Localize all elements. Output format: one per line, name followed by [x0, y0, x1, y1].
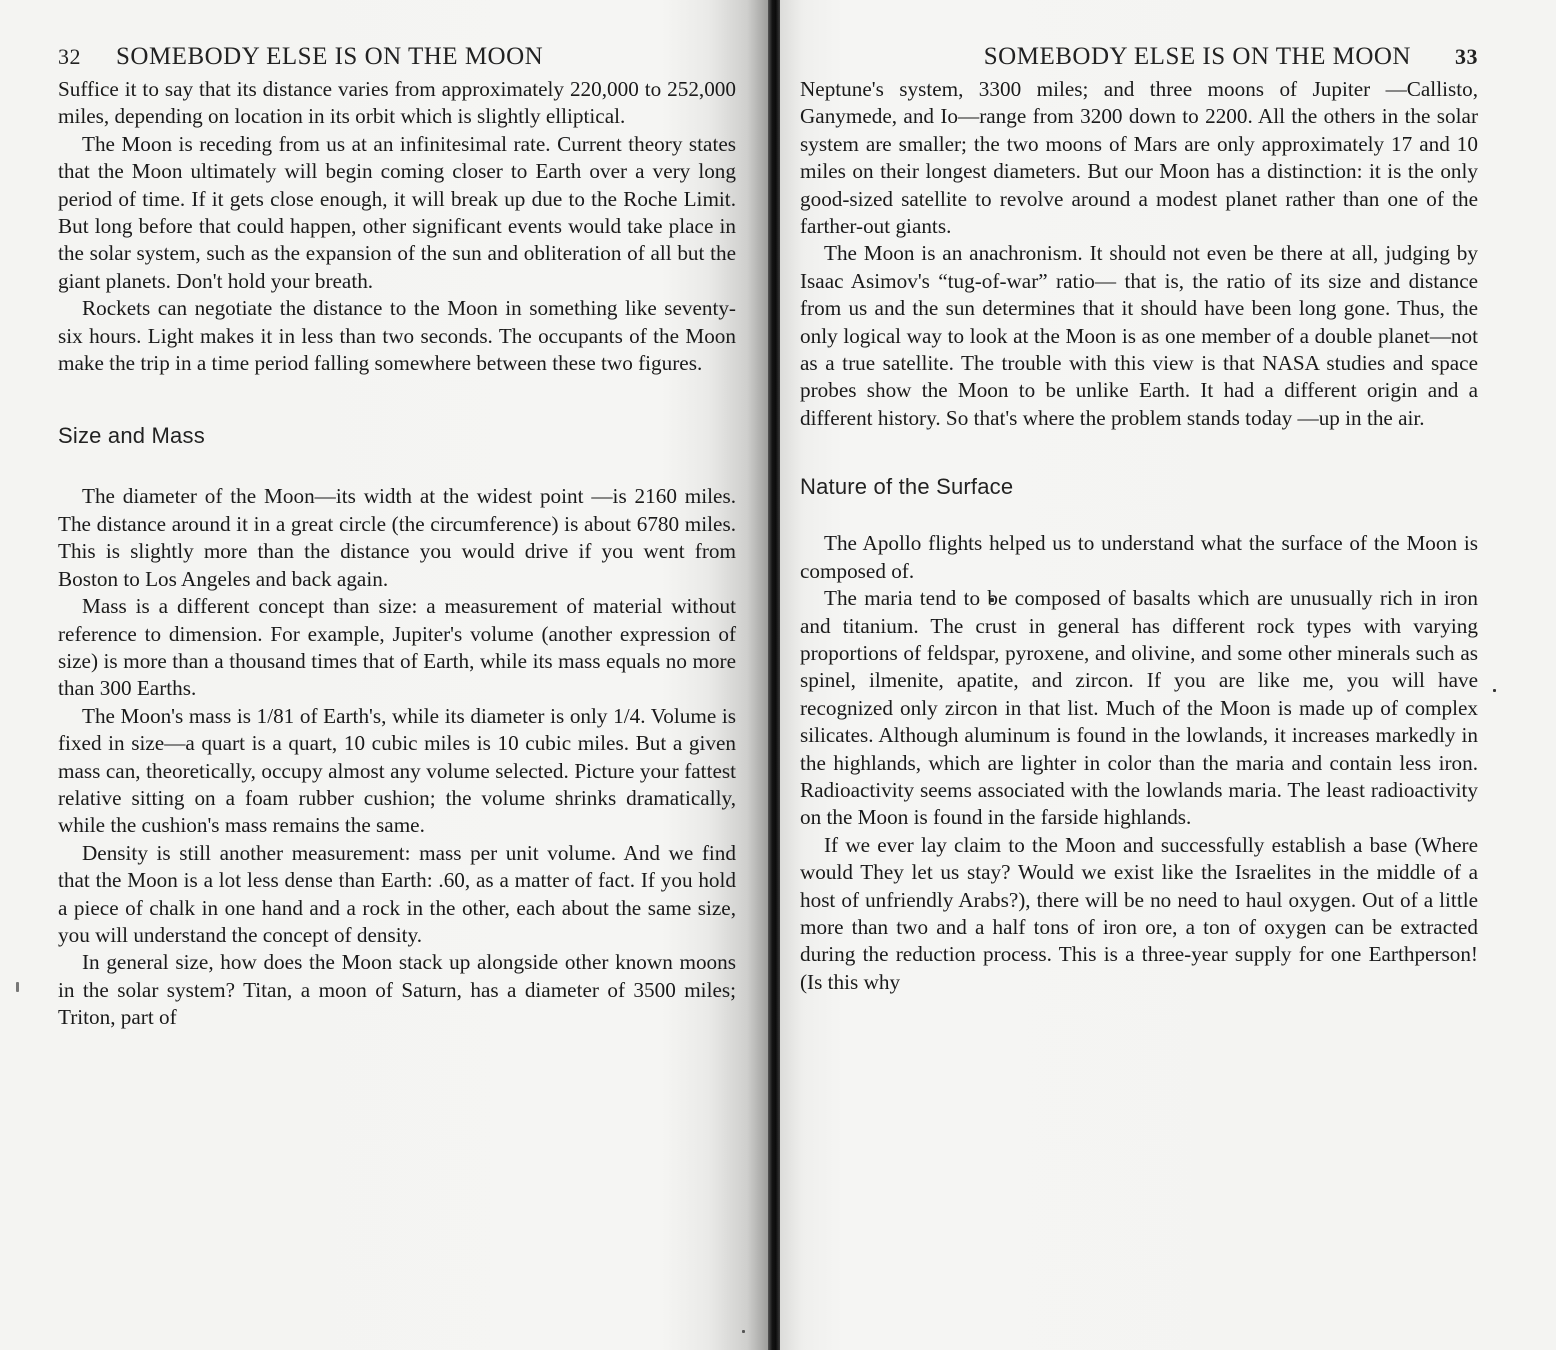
- paragraph: Mass is a different concept than size: a…: [58, 593, 736, 703]
- paragraph: Density is still another measurement: ma…: [58, 840, 736, 950]
- paragraph: The Moon's mass is 1/81 of Earth's, whil…: [58, 703, 736, 840]
- scan-speck: [16, 982, 19, 992]
- section-heading: Nature of the Surface: [800, 474, 1478, 500]
- running-head-title: SOMEBODY ELSE IS ON THE MOON: [116, 40, 543, 74]
- page-number: 33: [1455, 40, 1478, 74]
- page-number: 32: [58, 40, 116, 74]
- scan-speck: [742, 1330, 745, 1333]
- book-spread: 32 SOMEBODY ELSE IS ON THE MOON Suffice …: [0, 0, 1556, 1350]
- paragraph: In general size, how does the Moon stack…: [58, 949, 736, 1031]
- running-head-right: SOMEBODY ELSE IS ON THE MOON 33: [800, 40, 1478, 74]
- running-head-title: SOMEBODY ELSE IS ON THE MOON: [984, 40, 1411, 74]
- book-spine: [768, 0, 780, 1350]
- right-page: SOMEBODY ELSE IS ON THE MOON 33 Neptune'…: [780, 0, 1556, 1350]
- left-page-content: 32 SOMEBODY ELSE IS ON THE MOON Suffice …: [58, 40, 736, 1032]
- right-page-content: SOMEBODY ELSE IS ON THE MOON 33 Neptune'…: [800, 40, 1478, 996]
- paragraph: Neptune's system, 3300 miles; and three …: [800, 76, 1478, 240]
- paragraph: The Moon is an anachronism. It should no…: [800, 240, 1478, 432]
- left-page: 32 SOMEBODY ELSE IS ON THE MOON Suffice …: [0, 0, 770, 1350]
- paragraph: If we ever lay claim to the Moon and suc…: [800, 832, 1478, 996]
- section-heading: Size and Mass: [58, 423, 736, 449]
- paragraph: Rockets can negotiate the distance to th…: [58, 295, 736, 377]
- running-head-left: 32 SOMEBODY ELSE IS ON THE MOON: [58, 40, 736, 74]
- paragraph: The maria tend to be composed of basalts…: [800, 585, 1478, 832]
- paragraph: The Apollo flights helped us to understa…: [800, 530, 1478, 585]
- paragraph: The Moon is receding from us at an infin…: [58, 131, 736, 295]
- paragraph: The diameter of the Moon—its width at th…: [58, 483, 736, 593]
- paragraph: Suffice it to say that its distance vari…: [58, 76, 736, 131]
- scan-speck: [990, 598, 994, 602]
- scan-speck: [1493, 689, 1496, 692]
